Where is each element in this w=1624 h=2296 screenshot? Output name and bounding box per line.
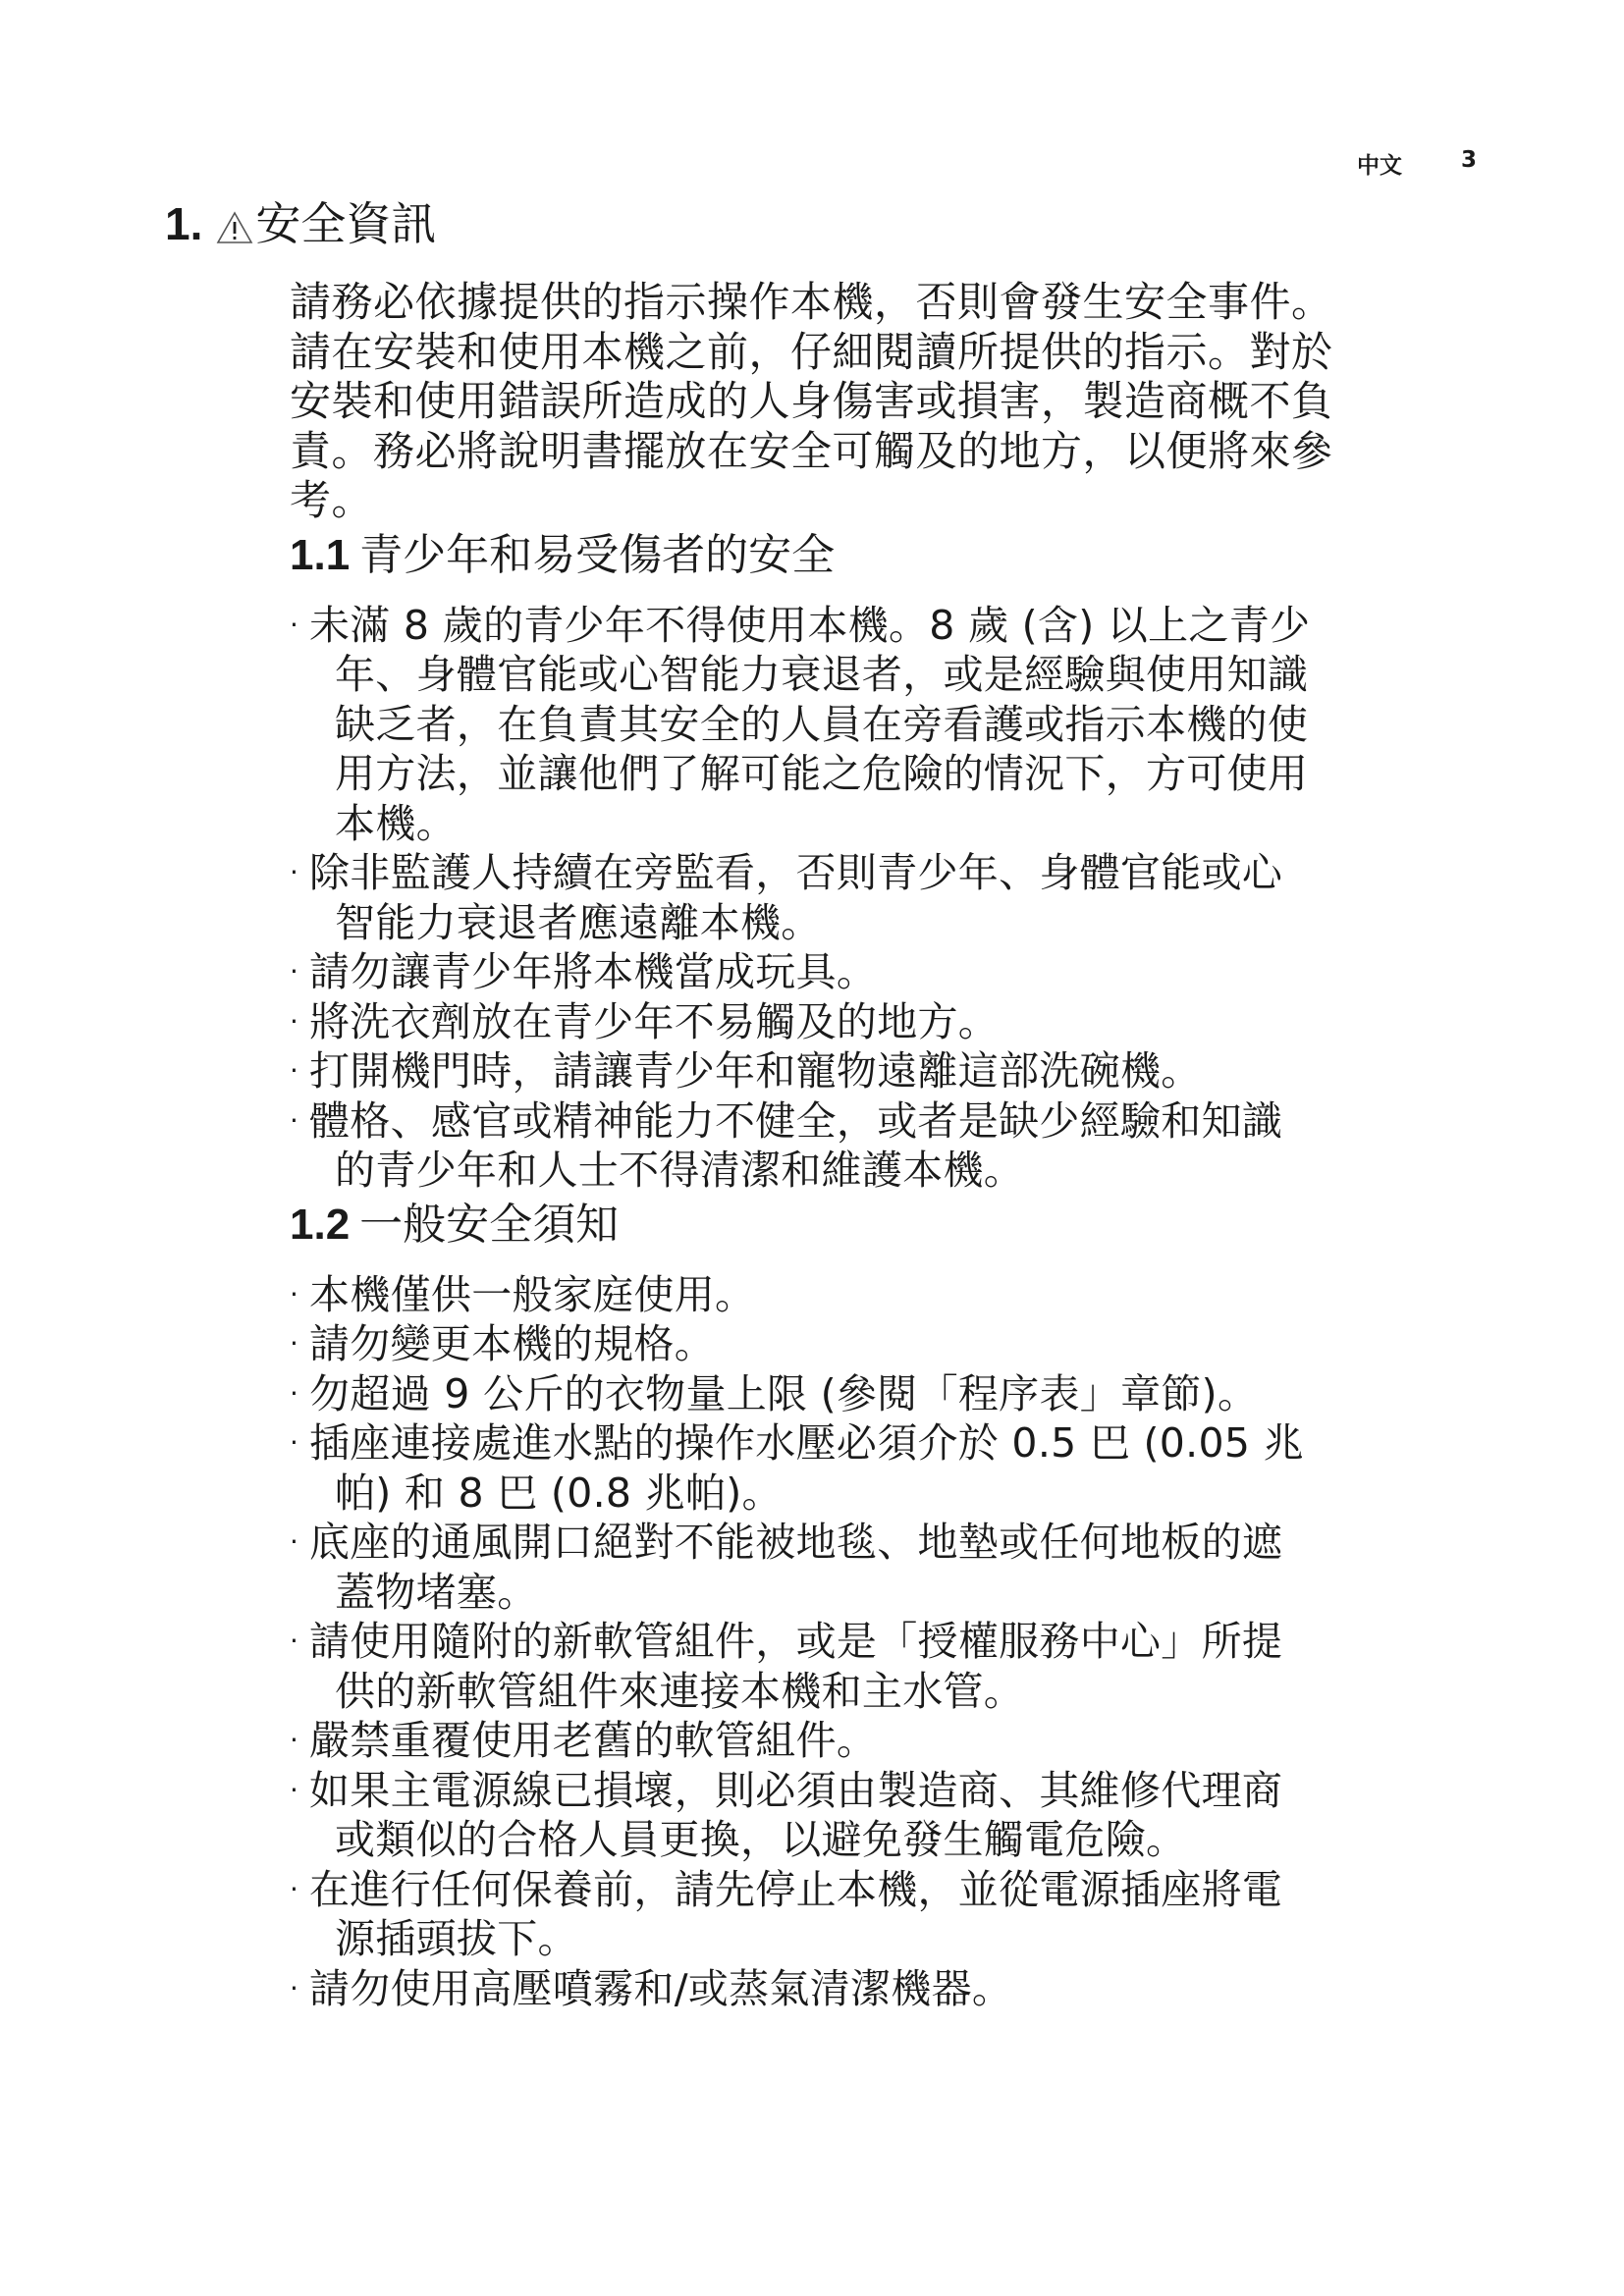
bullet-dot-icon: · [290, 1865, 298, 1915]
list-item-line: 源插頭拔下。 [309, 1914, 1497, 1964]
list-item-line: 請勿使用高壓噴霧和/或蒸氣清潔機器。 [309, 1964, 1497, 2014]
bullet-dot-icon: · [290, 1964, 298, 2014]
bullet-list-1-2: ·本機僅供一般家庭使用。·請勿變更本機的規格。·勿超過 9 公斤的衣物量上限 (… [290, 1270, 1497, 2014]
list-item-line: 帕) 和 8 巴 (0.8 兆帕)。 [309, 1468, 1497, 1519]
list-item-line: 年、身體官能或心智能力衰退者，或是經驗與使用知識 [309, 650, 1497, 700]
subsection-title: 一般安全須知 [359, 1200, 619, 1250]
list-item-line: 智能力衰退者應遠離本機。 [309, 898, 1497, 948]
list-item-line: 嚴禁重覆使用老舊的軟管組件。 [309, 1716, 1497, 1766]
bullet-dot-icon: · [290, 1096, 298, 1147]
list-item: ·如果主電源線已損壞，則必須由製造商、其維修代理商或類似的合格人員更換，以避免發… [290, 1766, 1497, 1865]
list-item-line: 未滿 8 歲的青少年不得使用本機。8 歲 (含) 以上之青少 [309, 601, 1497, 651]
section-number: 1. [165, 194, 202, 253]
intro-line: 責。務必將說明書擺放在安全可觸及的地方，以便將來參 [290, 427, 1497, 477]
subsection-number: 1.2 [290, 1201, 350, 1249]
list-item-line: 的青少年和人士不得清潔和維護本機。 [309, 1146, 1497, 1196]
intro-line: 請在安裝和使用本機之前，仔細閱讀所提供的指示。對於 [290, 328, 1497, 378]
bullet-dot-icon: · [290, 1617, 298, 1667]
list-item-line: 除非監護人持續在旁監看，否則青少年、身體官能或心 [309, 848, 1497, 898]
list-item: ·請使用隨附的新軟管組件，或是「授權服務中心」所提供的新軟管組件來連接本機和主水… [290, 1617, 1497, 1716]
list-item-line: 插座連接處進水點的操作水壓必須介於 0.5 巴 (0.05 兆 [309, 1418, 1497, 1468]
bullet-dot-icon: · [290, 1518, 298, 1568]
intro-line: 安裝和使用錯誤所造成的人身傷害或損害，製造商概不負 [290, 377, 1497, 427]
bullet-dot-icon: · [290, 1369, 298, 1419]
page-header: 中文 3 [1345, 147, 1483, 183]
subsection-heading-1-1: 1.1青少年和易受傷者的安全 [290, 526, 1497, 585]
subsection-number: 1.1 [290, 531, 350, 579]
page-number: 3 [1461, 147, 1477, 173]
list-item-line: 本機。 [309, 799, 1497, 849]
list-item: ·在進行任何保養前，請先停止本機，並從電源插座將電源插頭拔下。 [290, 1865, 1497, 1964]
list-item-line: 請使用隨附的新軟管組件，或是「授權服務中心」所提 [309, 1617, 1497, 1667]
bullet-list-1-1: ·未滿 8 歲的青少年不得使用本機。8 歲 (含) 以上之青少年、身體官能或心智… [290, 601, 1497, 1196]
list-item-line: 如果主電源線已損壞，則必須由製造商、其維修代理商 [309, 1766, 1497, 1816]
list-item: ·請勿變更本機的規格。 [290, 1319, 1497, 1369]
list-item-line: 蓋物堵塞。 [309, 1568, 1497, 1618]
subsection-heading-1-2: 1.2一般安全須知 [290, 1196, 1497, 1255]
bullet-dot-icon: · [290, 1319, 298, 1369]
bullet-dot-icon: · [290, 1716, 298, 1766]
bullet-dot-icon: · [290, 601, 298, 651]
list-item: ·勿超過 9 公斤的衣物量上限 (參閱「程序表」章節)。 [290, 1369, 1497, 1419]
list-item: ·底座的通風開口絕對不能被地毯、地墊或任何地板的遮蓋物堵塞。 [290, 1518, 1497, 1617]
list-item: ·未滿 8 歲的青少年不得使用本機。8 歲 (含) 以上之青少年、身體官能或心智… [290, 601, 1497, 849]
list-item-line: 將洗衣劑放在青少年不易觸及的地方。 [309, 997, 1497, 1047]
bullet-dot-icon: · [290, 1766, 298, 1816]
list-item: ·將洗衣劑放在青少年不易觸及的地方。 [290, 997, 1497, 1047]
list-item-line: 體格、感官或精神能力不健全，或者是缺少經驗和知識 [309, 1096, 1497, 1147]
list-item: ·請勿讓青少年將本機當成玩具。 [290, 947, 1497, 997]
header-language: 中文 [1357, 147, 1402, 180]
intro-line: 請務必依據提供的指示操作本機，否則會發生安全事件。 [290, 278, 1497, 328]
bullet-dot-icon: · [290, 1270, 298, 1320]
bullet-dot-icon: · [290, 1046, 298, 1096]
list-item-line: 缺乏者，在負責其安全的人員在旁看護或指示本機的使 [309, 700, 1497, 750]
list-item: ·插座連接處進水點的操作水壓必須介於 0.5 巴 (0.05 兆帕) 和 8 巴… [290, 1418, 1497, 1518]
bullet-dot-icon: · [290, 997, 298, 1047]
intro-paragraph: 請務必依據提供的指示操作本機，否則會發生安全事件。 請在安裝和使用本機之前，仔細… [290, 278, 1497, 526]
list-item-line: 本機僅供一般家庭使用。 [309, 1270, 1497, 1320]
list-item-line: 請勿讓青少年將本機當成玩具。 [309, 947, 1497, 997]
section-title-text: 安全資訊 [255, 194, 436, 253]
list-item: ·打開機門時，請讓青少年和寵物遠離這部洗碗機。 [290, 1046, 1497, 1096]
list-item: ·本機僅供一般家庭使用。 [290, 1270, 1497, 1320]
list-item-line: 供的新軟管組件來連接本機和主水管。 [309, 1667, 1497, 1717]
list-item-line: 勿超過 9 公斤的衣物量上限 (參閱「程序表」章節)。 [309, 1369, 1497, 1419]
list-item-line: 底座的通風開口絕對不能被地毯、地墊或任何地板的遮 [309, 1518, 1497, 1568]
intro-line: 考。 [290, 476, 1497, 526]
list-item-line: 請勿變更本機的規格。 [309, 1319, 1497, 1369]
bullet-dot-icon: · [290, 1418, 298, 1468]
list-item: ·除非監護人持續在旁監看，否則青少年、身體官能或心智能力衰退者應遠離本機。 [290, 848, 1497, 947]
list-item: ·體格、感官或精神能力不健全，或者是缺少經驗和知識的青少年和人士不得清潔和維護本… [290, 1096, 1497, 1196]
warning-triangle-icon [216, 211, 253, 244]
list-item-line: 在進行任何保養前，請先停止本機，並從電源插座將電 [309, 1865, 1497, 1915]
document-body: 請務必依據提供的指示操作本機，否則會發生安全事件。 請在安裝和使用本機之前，仔細… [290, 278, 1497, 2013]
bullet-dot-icon: · [290, 947, 298, 997]
list-item: ·嚴禁重覆使用老舊的軟管組件。 [290, 1716, 1497, 1766]
list-item: ·請勿使用高壓噴霧和/或蒸氣清潔機器。 [290, 1964, 1497, 2014]
subsection-title: 青少年和易受傷者的安全 [359, 530, 835, 580]
section-title: 1. 安全資訊 [165, 194, 436, 253]
bullet-dot-icon: · [290, 848, 298, 898]
list-item-line: 用方法，並讓他們了解可能之危險的情況下，方可使用 [309, 749, 1497, 799]
list-item-line: 或類似的合格人員更換，以避免發生觸電危險。 [309, 1815, 1497, 1865]
list-item-line: 打開機門時，請讓青少年和寵物遠離這部洗碗機。 [309, 1046, 1497, 1096]
